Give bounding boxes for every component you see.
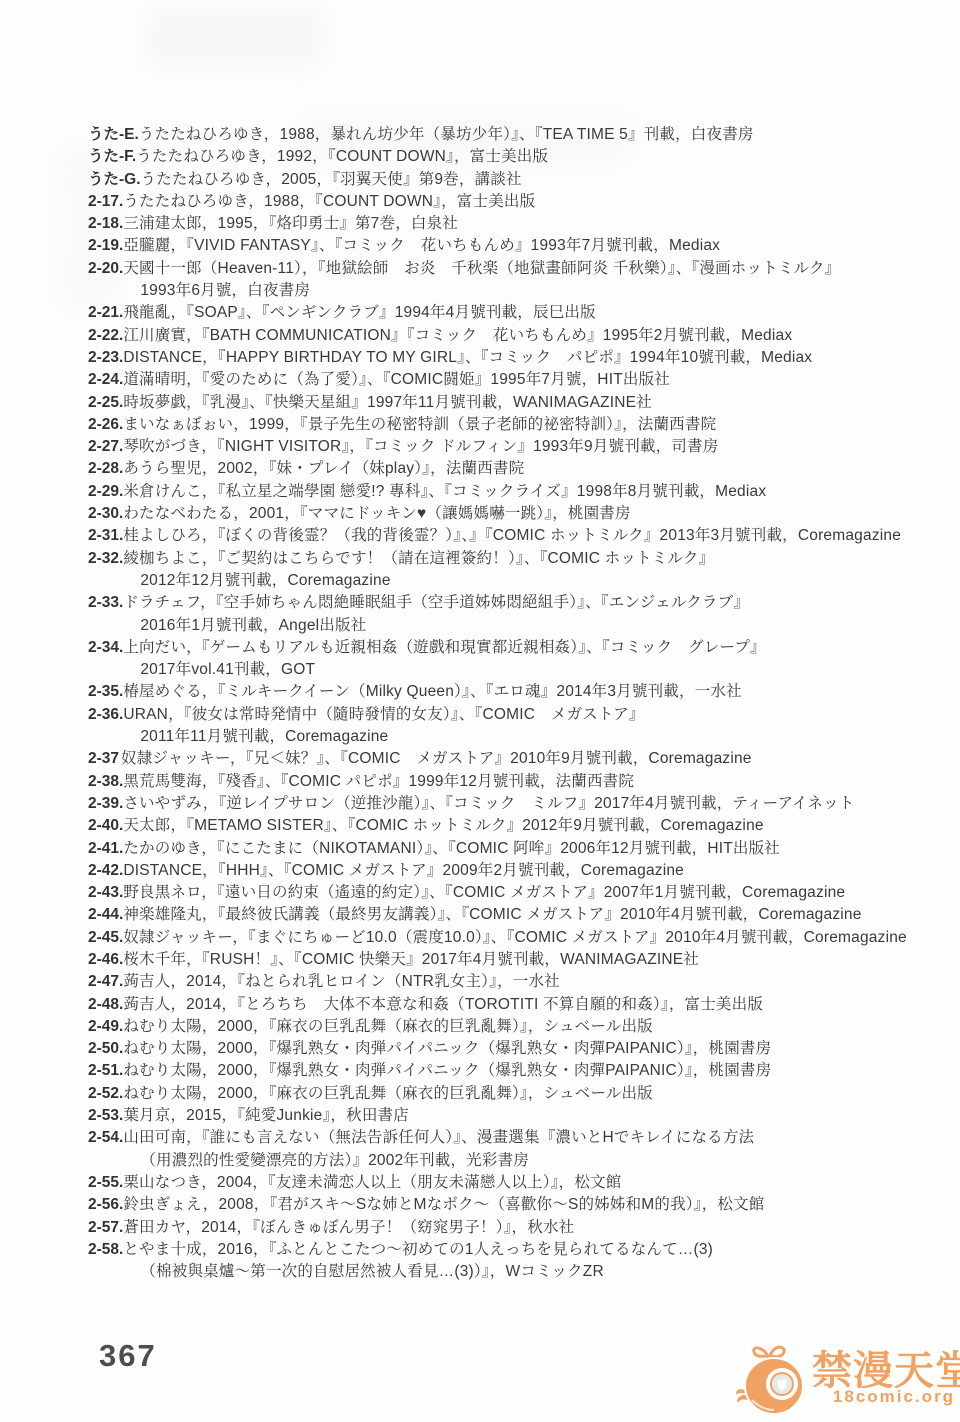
entry-text: 米倉けんこ，『私立星之端學園 戀愛!? 專科』、『コミックライズ』1998年8月…: [123, 481, 944, 503]
entry-id: 2-17.: [88, 191, 123, 213]
list-item: 2-37奴隷ジャッキー，『兄＜妹？』、『COMIC メガストア』2010年9月號…: [88, 748, 944, 770]
entry-main-line: 道滿晴明，『愛のために（為了愛）』、『COMIC闘姫』1995年7月號，HIT出…: [123, 369, 944, 391]
entry-id: 2-45.: [88, 927, 123, 949]
entry-id: 2-48.: [88, 994, 123, 1016]
entry-id: 2-23.: [88, 347, 123, 369]
list-item: 2-27.琴吹がづき，『NIGHT VISITOR』，『コミック ドルフィン』1…: [88, 436, 944, 458]
entry-main-line: 椿屋めぐる，『ミルキークイーン（Milky Queen）』、『エロ魂』2014年…: [123, 681, 944, 703]
entry-id: うた-G.: [88, 169, 141, 191]
entry-main-line: DISTANCE，『HAPPY BIRTHDAY TO MY GIRL』、『コミ…: [123, 347, 944, 369]
entry-main-line: うたたねひろゆき，1992，『COUNT DOWN』，富士美出版: [136, 146, 944, 168]
entry-id: 2-32.: [88, 548, 123, 570]
list-item: 2-39.さいやずみ，『逆レイプサロン（逆推沙龍）』、『コミック ミルフ』201…: [88, 793, 944, 815]
entry-text: 神楽雄隆丸，『最終彼氏講義（最終男友講義）』、『COMIC メガストア』2010…: [123, 904, 944, 926]
list-item: 2-31.桂よしひろ，『ぼくの背後霊？（我的背後霊？）』、』『COMIC ホット…: [88, 525, 944, 547]
entry-id: 2-19.: [88, 235, 123, 257]
entry-text: とやま十成，2016，『ふとんとこたつ～初めての1人えっちを見られてるなんて…(…: [123, 1239, 944, 1284]
watermark-logo: 禁漫天堂 18comic.org: [732, 1342, 950, 1416]
entry-main-line: 亞朧麗，『VIVID FANTASY』、『コミック 花いちもんめ』1993年7月…: [123, 235, 944, 257]
entry-continuation-line: 1993年6月號，白夜書房: [123, 280, 944, 302]
list-item: 2-23.DISTANCE，『HAPPY BIRTHDAY TO MY GIRL…: [88, 347, 944, 369]
entry-main-line: ねむり太陽，2000，『麻衣の巨乳乱舞（麻衣的巨乳亂舞）』，シュベール出版: [123, 1016, 944, 1038]
list-item: 2-58.とやま十成，2016，『ふとんとこたつ～初めての1人えっちを見られてる…: [88, 1239, 944, 1284]
list-item: 2-45.奴隷ジャッキー，『まぐにちゅーど10.0（震度10.0）』、『COMI…: [88, 927, 944, 949]
list-item: 2-44.神楽雄隆丸，『最終彼氏講義（最終男友講義）』、『COMIC メガストア…: [88, 904, 944, 926]
entry-id: 2-52.: [88, 1083, 123, 1105]
entry-id: 2-55.: [88, 1172, 123, 1194]
entry-text: 道滿晴明，『愛のために（為了愛）』、『COMIC闘姫』1995年7月號，HIT出…: [123, 369, 944, 391]
entry-text: 桂よしひろ，『ぼくの背後霊？（我的背後霊？）』、』『COMIC ホットミルク』2…: [123, 525, 944, 547]
entry-main-line: 桜木千年，『RUSH！』、『COMIC 快樂天』2017年4月號刊載，WANIM…: [123, 949, 944, 971]
entry-continuation-line: （棉被與桌爐～第一次的自慰居然被人看見…(3)）』，WコミックZR: [123, 1261, 944, 1283]
entry-text: ドラチェフ，『空手姉ちゃん悶絶睡眠組手（空手道姊姊悶絕組手）』、『エンジェルクラ…: [123, 592, 944, 637]
entry-id: 2-41.: [88, 838, 123, 860]
list-item: 2-22.江川廣實，『BATH COMMUNICATION』『コミック 花いちも…: [88, 325, 944, 347]
entry-id: 2-43.: [88, 882, 123, 904]
list-item: 2-17.うたたねひろゆき，1988，『COUNT DOWN』，富士美出版: [88, 191, 944, 213]
entry-main-line: 時坂夢戯，『乳漫』、『快樂天星組』1997年11月號刊載，WANIMAGAZIN…: [123, 392, 944, 414]
entry-id: 2-36.: [88, 704, 123, 726]
list-item: 2-30.わたなべわたる，2001，『ママにドッキン♥（讓媽媽嚇一跳）』，桃園書…: [88, 503, 944, 525]
list-item: 2-50.ねむり太陽，2000，『爆乳熟女・肉弾パイパニック（爆乳熟女・肉彈PA…: [88, 1038, 944, 1060]
list-item: 2-42.DISTANCE，『HHH』、『COMIC メガストア』2009年2月…: [88, 860, 944, 882]
entry-id: 2-22.: [88, 325, 123, 347]
entry-id: 2-53.: [88, 1105, 123, 1127]
entry-continuation-line: 2016年1月號刊載，Angel出版社: [123, 615, 944, 637]
entry-text: 鈴虫ぎょえ，2008，『君がスキ～Sな姉とMなボク～（喜歡你～S的姊姊和M的我）…: [123, 1194, 944, 1216]
entry-main-line: 綾枷ちよこ，『ご契約はこちらです！（請在這裡簽約！）』、『COMIC ホットミル…: [123, 548, 944, 570]
entry-text: ねむり太陽，2000，『麻衣の巨乳乱舞（麻衣的巨乳亂舞）』，シュベール出版: [123, 1016, 944, 1038]
entry-id: 2-25.: [88, 392, 123, 414]
entry-text: 天國十一郎（Heaven-11），『地獄絵師 お炎 千秋楽（地獄畫師阿炎 千秋樂…: [123, 258, 944, 303]
entry-text: たかのゆき，『にこたまに（NIKOTAMANI）』、『COMIC 阿哞』2006…: [123, 838, 944, 860]
entry-text: 山田可南，『誰にも言えない（無法告訴任何人）』、漫畫選集『濃いとHでキレイになる…: [123, 1127, 944, 1172]
list-item: 2-19.亞朧麗，『VIVID FANTASY』、『コミック 花いちもんめ』19…: [88, 235, 944, 257]
entry-text: 蒟吉人，2014，『とろちち 大体不本意な和姦（TOROTITI 不算自願的和姦…: [123, 994, 944, 1016]
entry-id: 2-49.: [88, 1016, 123, 1038]
entry-text: 江川廣實，『BATH COMMUNICATION』『コミック 花いちもんめ』19…: [123, 325, 944, 347]
entry-main-line: 山田可南，『誰にも言えない（無法告訴任何人）』、漫畫選集『濃いとHでキレイになる…: [123, 1127, 944, 1149]
entry-id: 2-50.: [88, 1038, 123, 1060]
entry-main-line: 蒟吉人，2014，『とろちち 大体不本意な和姦（TOROTITI 不算自願的和姦…: [123, 994, 944, 1016]
list-item: うた-E.うたたねひろゆき，1988，暴れん坊少年（暴坊少年）』、『TEA TI…: [88, 124, 944, 146]
list-item: 2-52.ねむり太陽，2000，『麻衣の巨乳乱舞（麻衣的巨乳亂舞）』，シュベール…: [88, 1083, 944, 1105]
entry-text: うたたねひろゆき，1988，『COUNT DOWN』，富士美出版: [123, 191, 944, 213]
entry-id: 2-21.: [88, 302, 123, 324]
entry-main-line: うたたねひろゆき，1988，『COUNT DOWN』，富士美出版: [123, 191, 944, 213]
reference-list: うた-E.うたたねひろゆき，1988，暴れん坊少年（暴坊少年）』、『TEA TI…: [88, 124, 944, 1283]
entry-text: URAN，『彼女は常時発情中（隨時發情的女友）』、『COMIC メガストア』20…: [123, 704, 944, 749]
entry-main-line: 天太郎，『METAMO SISTER』、『COMIC ホットミルク』2012年9…: [123, 815, 944, 837]
page-number: 367: [99, 1338, 157, 1374]
entry-main-line: 黑荒馬雙海，『殘香』、『COMIC パピポ』1999年12月號刊載，法蘭西書院: [123, 771, 944, 793]
list-item: 2-43.野良黒ネロ，『遠い日の約束（遙遠的約定）』、『COMIC メガストア』…: [88, 882, 944, 904]
entry-main-line: 栗山なつき，2004，『友達未満恋人以上（朋友未滿戀人以上）』，松文館: [123, 1172, 944, 1194]
list-item: 2-54.山田可南，『誰にも言えない（無法告訴任何人）』、漫畫選集『濃いとHでキ…: [88, 1127, 944, 1172]
entry-text: 天太郎，『METAMO SISTER』、『COMIC ホットミルク』2012年9…: [123, 815, 944, 837]
entry-id: うた-F.: [88, 146, 136, 168]
entry-id: 2-24.: [88, 369, 123, 391]
list-item: 2-21.飛龍亂，『SOAP』、『ペンギンクラブ』1994年4月號刊載，辰巳出版: [88, 302, 944, 324]
entry-main-line: 天國十一郎（Heaven-11），『地獄絵師 お炎 千秋楽（地獄畫師阿炎 千秋樂…: [123, 258, 944, 280]
entry-id: 2-39.: [88, 793, 123, 815]
entry-text: 野良黒ネロ，『遠い日の約束（遙遠的約定）』、『COMIC メガストア』2007年…: [123, 882, 944, 904]
entry-main-line: 上向だい，『ゲームもリアルも近親相姦（遊戲和現實都近親相姦）』、『コミック グレ…: [123, 637, 944, 659]
entry-main-line: URAN，『彼女は常時発情中（隨時發情的女友）』、『COMIC メガストア』: [123, 704, 944, 726]
entry-id: 2-33.: [88, 592, 123, 614]
entry-main-line: まいなぁぼぉい，1999，『景子先生の秘密特訓（景子老師的祕密特訓）』，法蘭西書…: [123, 414, 944, 436]
list-item: 2-48.蒟吉人，2014，『とろちち 大体不本意な和姦（TOROTITI 不算…: [88, 994, 944, 1016]
entry-main-line: 蒼田カヤ，2014，『ぼんきゅぼん男子！（窈窕男子！）』，秋水社: [123, 1217, 944, 1239]
entry-text: わたなべわたる，2001，『ママにドッキン♥（讓媽媽嚇一跳）』，桃園書房: [123, 503, 944, 525]
entry-text: ねむり太陽，2000，『麻衣の巨乳乱舞（麻衣的巨乳亂舞）』，シュベール出版: [123, 1083, 944, 1105]
entry-main-line: 奴隷ジャッキー，『兄＜妹？』、『COMIC メガストア』2010年9月號刊載，C…: [121, 748, 944, 770]
entry-id: 2-58.: [88, 1239, 123, 1261]
entry-id: 2-18.: [88, 213, 123, 235]
entry-main-line: うたたねひろゆき，1988，暴れん坊少年（暴坊少年）』、『TEA TIME 5』…: [139, 124, 944, 146]
entry-text: ねむり太陽，2000，『爆乳熟女・肉弾パイパニック（爆乳熟女・肉彈PAIPANI…: [123, 1060, 944, 1082]
list-item: 2-25.時坂夢戯，『乳漫』、『快樂天星組』1997年11月號刊載，WANIMA…: [88, 392, 944, 414]
entry-id: 2-47.: [88, 971, 123, 993]
entry-main-line: ドラチェフ，『空手姉ちゃん悶絶睡眠組手（空手道姊姊悶絕組手）』、『エンジェルクラ…: [123, 592, 944, 614]
list-item: 2-33.ドラチェフ，『空手姉ちゃん悶絶睡眠組手（空手道姊姊悶絕組手）』、『エン…: [88, 592, 944, 637]
entry-id: 2-26.: [88, 414, 123, 436]
entry-text: 上向だい，『ゲームもリアルも近親相姦（遊戲和現實都近親相姦）』、『コミック グレ…: [123, 637, 944, 682]
entry-id: 2-37: [88, 748, 121, 770]
entry-id: 2-54.: [88, 1127, 123, 1149]
list-item: 2-35.椿屋めぐる，『ミルキークイーン（Milky Queen）』、『エロ魂』…: [88, 681, 944, 703]
entry-id: 2-40.: [88, 815, 123, 837]
entry-main-line: うたたねひろゆき，2005，『羽翼天使』第9巻，講談社: [141, 169, 944, 191]
entry-text: うたたねひろゆき，2005，『羽翼天使』第9巻，講談社: [141, 169, 944, 191]
entry-main-line: 神楽雄隆丸，『最終彼氏講義（最終男友講義）』、『COMIC メガストア』2010…: [123, 904, 944, 926]
entry-text: あうら聖児，2002，『妹・プレイ（妹play）』，法蘭西書院: [123, 458, 944, 480]
entry-main-line: 桂よしひろ，『ぼくの背後霊？（我的背後霊？）』、』『COMIC ホットミルク』2…: [123, 525, 944, 547]
entry-text: DISTANCE，『HAPPY BIRTHDAY TO MY GIRL』、『コミ…: [123, 347, 944, 369]
list-item: 2-57.蒼田カヤ，2014，『ぼんきゅぼん男子！（窈窕男子！）』，秋水社: [88, 1217, 944, 1239]
list-item: 2-36.URAN，『彼女は常時発情中（隨時發情的女友）』、『COMIC メガス…: [88, 704, 944, 749]
entry-text: 蒟吉人，2014，『ねとられ乳ヒロイン（NTR乳女主）』，一水社: [123, 971, 944, 993]
entry-text: まいなぁぼぉい，1999，『景子先生の秘密特訓（景子老師的祕密特訓）』，法蘭西書…: [123, 414, 944, 436]
entry-text: 栗山なつき，2004，『友達未満恋人以上（朋友未滿戀人以上）』，松文館: [123, 1172, 944, 1194]
list-item: 2-53.葉月京，2015，『純愛Junkie』，秋田書店: [88, 1105, 944, 1127]
entry-main-line: 飛龍亂，『SOAP』、『ペンギンクラブ』1994年4月號刊載，辰巳出版: [123, 302, 944, 324]
list-item: 2-24.道滿晴明，『愛のために（為了愛）』、『COMIC闘姫』1995年7月號…: [88, 369, 944, 391]
entry-text: 奴隷ジャッキー，『兄＜妹？』、『COMIC メガストア』2010年9月號刊載，C…: [121, 748, 944, 770]
watermark-site-name: 禁漫天堂: [812, 1351, 960, 1391]
entry-id: 2-30.: [88, 503, 123, 525]
list-item: 2-28.あうら聖児，2002，『妹・プレイ（妹play）』，法蘭西書院: [88, 458, 944, 480]
entry-id: 2-20.: [88, 258, 123, 280]
whale-mascot-icon: [732, 1342, 810, 1416]
entry-main-line: 琴吹がづき，『NIGHT VISITOR』，『コミック ドルフィン』1993年9…: [123, 436, 944, 458]
list-item: 2-40.天太郎，『METAMO SISTER』、『COMIC ホットミルク』2…: [88, 815, 944, 837]
list-item: 2-34.上向だい，『ゲームもリアルも近親相姦（遊戲和現實都近親相姦）』、『コミ…: [88, 637, 944, 682]
list-item: 2-32.綾枷ちよこ，『ご契約はこちらです！（請在這裡簽約！）』、『COMIC …: [88, 548, 944, 593]
entry-text: 椿屋めぐる，『ミルキークイーン（Milky Queen）』、『エロ魂』2014年…: [123, 681, 944, 703]
entry-main-line: 江川廣實，『BATH COMMUNICATION』『コミック 花いちもんめ』19…: [123, 325, 944, 347]
entry-id: 2-44.: [88, 904, 123, 926]
entry-text: 亞朧麗，『VIVID FANTASY』、『コミック 花いちもんめ』1993年7月…: [123, 235, 944, 257]
list-item: 2-38.黑荒馬雙海，『殘香』、『COMIC パピポ』1999年12月號刊載，法…: [88, 771, 944, 793]
list-item: 2-55.栗山なつき，2004，『友達未満恋人以上（朋友未滿戀人以上）』，松文館: [88, 1172, 944, 1194]
list-item: 2-51.ねむり太陽，2000，『爆乳熟女・肉弾パイパニック（爆乳熟女・肉彈PA…: [88, 1060, 944, 1082]
entry-id: 2-28.: [88, 458, 123, 480]
entry-text: 桜木千年，『RUSH！』、『COMIC 快樂天』2017年4月號刊載，WANIM…: [123, 949, 944, 971]
entry-continuation-line: 2017年vol.41刊載，GOT: [123, 659, 944, 681]
entry-id: 2-42.: [88, 860, 123, 882]
entry-id: 2-46.: [88, 949, 123, 971]
entry-id: 2-57.: [88, 1217, 123, 1239]
entry-main-line: ねむり太陽，2000，『爆乳熟女・肉弾パイパニック（爆乳熟女・肉彈PAIPANI…: [123, 1038, 944, 1060]
list-item: 2-49.ねむり太陽，2000，『麻衣の巨乳乱舞（麻衣的巨乳亂舞）』，シュベール…: [88, 1016, 944, 1038]
entry-main-line: 葉月京，2015，『純愛Junkie』，秋田書店: [123, 1105, 944, 1127]
list-item: 2-46.桜木千年，『RUSH！』、『COMIC 快樂天』2017年4月號刊載，…: [88, 949, 944, 971]
entry-main-line: とやま十成，2016，『ふとんとこたつ～初めての1人えっちを見られてるなんて…(…: [123, 1239, 944, 1261]
entry-text: 飛龍亂，『SOAP』、『ペンギンクラブ』1994年4月號刊載，辰巳出版: [123, 302, 944, 324]
document-page: うた-E.うたたねひろゆき，1988，暴れん坊少年（暴坊少年）』、『TEA TI…: [0, 0, 960, 1422]
list-item: 2-56.鈴虫ぎょえ，2008，『君がスキ～Sな姉とMなボク～（喜歡你～S的姊姊…: [88, 1194, 944, 1216]
entry-id: 2-31.: [88, 525, 123, 547]
scan-artifact: [150, 10, 320, 65]
entry-continuation-line: 2011年11月號刊載，Coremagazine: [123, 726, 944, 748]
entry-text: 綾枷ちよこ，『ご契約はこちらです！（請在這裡簽約！）』、『COMIC ホットミル…: [123, 548, 944, 593]
entry-id: 2-35.: [88, 681, 123, 703]
entry-main-line: 野良黒ネロ，『遠い日の約束（遙遠的約定）』、『COMIC メガストア』2007年…: [123, 882, 944, 904]
list-item: うた-G.うたたねひろゆき，2005，『羽翼天使』第9巻，講談社: [88, 169, 944, 191]
list-item: うた-F.うたたねひろゆき，1992，『COUNT DOWN』，富士美出版: [88, 146, 944, 168]
entry-text: DISTANCE，『HHH』、『COMIC メガストア』2009年2月號刊載，C…: [123, 860, 944, 882]
entry-text: うたたねひろゆき，1988，暴れん坊少年（暴坊少年）』、『TEA TIME 5』…: [139, 124, 944, 146]
entry-main-line: 蒟吉人，2014，『ねとられ乳ヒロイン（NTR乳女主）』，一水社: [123, 971, 944, 993]
list-item: 2-18.三浦建太郎，1995，『烙印勇士』第7巻，白泉社: [88, 213, 944, 235]
list-item: 2-20.天國十一郎（Heaven-11），『地獄絵師 お炎 千秋楽（地獄畫師阿…: [88, 258, 944, 303]
entry-text: うたたねひろゆき，1992，『COUNT DOWN』，富士美出版: [136, 146, 944, 168]
list-item: 2-47.蒟吉人，2014，『ねとられ乳ヒロイン（NTR乳女主）』，一水社: [88, 971, 944, 993]
list-item: 2-41.たかのゆき，『にこたまに（NIKOTAMANI）』、『COMIC 阿哞…: [88, 838, 944, 860]
watermark-site-url: 18comic.org: [812, 1387, 960, 1407]
entry-text: 琴吹がづき，『NIGHT VISITOR』，『コミック ドルフィン』1993年9…: [123, 436, 944, 458]
entry-main-line: あうら聖児，2002，『妹・プレイ（妹play）』，法蘭西書院: [123, 458, 944, 480]
entry-continuation-line: （用濃烈的性愛變漂亮的方法）』2002年刊載，光彩書房: [123, 1150, 944, 1172]
entry-main-line: ねむり太陽，2000，『爆乳熟女・肉弾パイパニック（爆乳熟女・肉彈PAIPANI…: [123, 1060, 944, 1082]
entry-main-line: 米倉けんこ，『私立星之端學園 戀愛!? 專科』、『コミックライズ』1998年8月…: [123, 481, 944, 503]
entry-text: ねむり太陽，2000，『爆乳熟女・肉弾パイパニック（爆乳熟女・肉彈PAIPANI…: [123, 1038, 944, 1060]
entry-main-line: 鈴虫ぎょえ，2008，『君がスキ～Sな姉とMなボク～（喜歡你～S的姊姊和M的我）…: [123, 1194, 944, 1216]
entry-text: 奴隷ジャッキー，『まぐにちゅーど10.0（震度10.0）』、『COMIC メガス…: [123, 927, 944, 949]
entry-text: 三浦建太郎，1995，『烙印勇士』第7巻，白泉社: [123, 213, 944, 235]
entry-main-line: 三浦建太郎，1995，『烙印勇士』第7巻，白泉社: [123, 213, 944, 235]
list-item: 2-26.まいなぁぼぉい，1999，『景子先生の秘密特訓（景子老師的祕密特訓）』…: [88, 414, 944, 436]
entry-id: 2-56.: [88, 1194, 123, 1216]
entry-main-line: たかのゆき，『にこたまに（NIKOTAMANI）』、『COMIC 阿哞』2006…: [123, 838, 944, 860]
entry-main-line: さいやずみ，『逆レイプサロン（逆推沙龍）』、『コミック ミルフ』2017年4月號…: [123, 793, 944, 815]
entry-id: 2-38.: [88, 771, 123, 793]
entry-text: 時坂夢戯，『乳漫』、『快樂天星組』1997年11月號刊載，WANIMAGAZIN…: [123, 392, 944, 414]
entry-main-line: わたなべわたる，2001，『ママにドッキン♥（讓媽媽嚇一跳）』，桃園書房: [123, 503, 944, 525]
entry-id: 2-29.: [88, 481, 123, 503]
entry-id: 2-27.: [88, 436, 123, 458]
entry-text: 葉月京，2015，『純愛Junkie』，秋田書店: [123, 1105, 944, 1127]
entry-text: 蒼田カヤ，2014，『ぼんきゅぼん男子！（窈窕男子！）』，秋水社: [123, 1217, 944, 1239]
entry-id: うた-E.: [88, 124, 139, 146]
entry-main-line: 奴隷ジャッキー，『まぐにちゅーど10.0（震度10.0）』、『COMIC メガス…: [123, 927, 944, 949]
entry-text: 黑荒馬雙海，『殘香』、『COMIC パピポ』1999年12月號刊載，法蘭西書院: [123, 771, 944, 793]
entry-id: 2-34.: [88, 637, 123, 659]
entry-main-line: ねむり太陽，2000，『麻衣の巨乳乱舞（麻衣的巨乳亂舞）』，シュベール出版: [123, 1083, 944, 1105]
entry-continuation-line: 2012年12月號刊載，Coremagazine: [123, 570, 944, 592]
entry-text: さいやずみ，『逆レイプサロン（逆推沙龍）』、『コミック ミルフ』2017年4月號…: [123, 793, 944, 815]
entry-id: 2-51.: [88, 1060, 123, 1082]
entry-main-line: DISTANCE，『HHH』、『COMIC メガストア』2009年2月號刊載，C…: [123, 860, 944, 882]
list-item: 2-29.米倉けんこ，『私立星之端學園 戀愛!? 專科』、『コミックライズ』19…: [88, 481, 944, 503]
